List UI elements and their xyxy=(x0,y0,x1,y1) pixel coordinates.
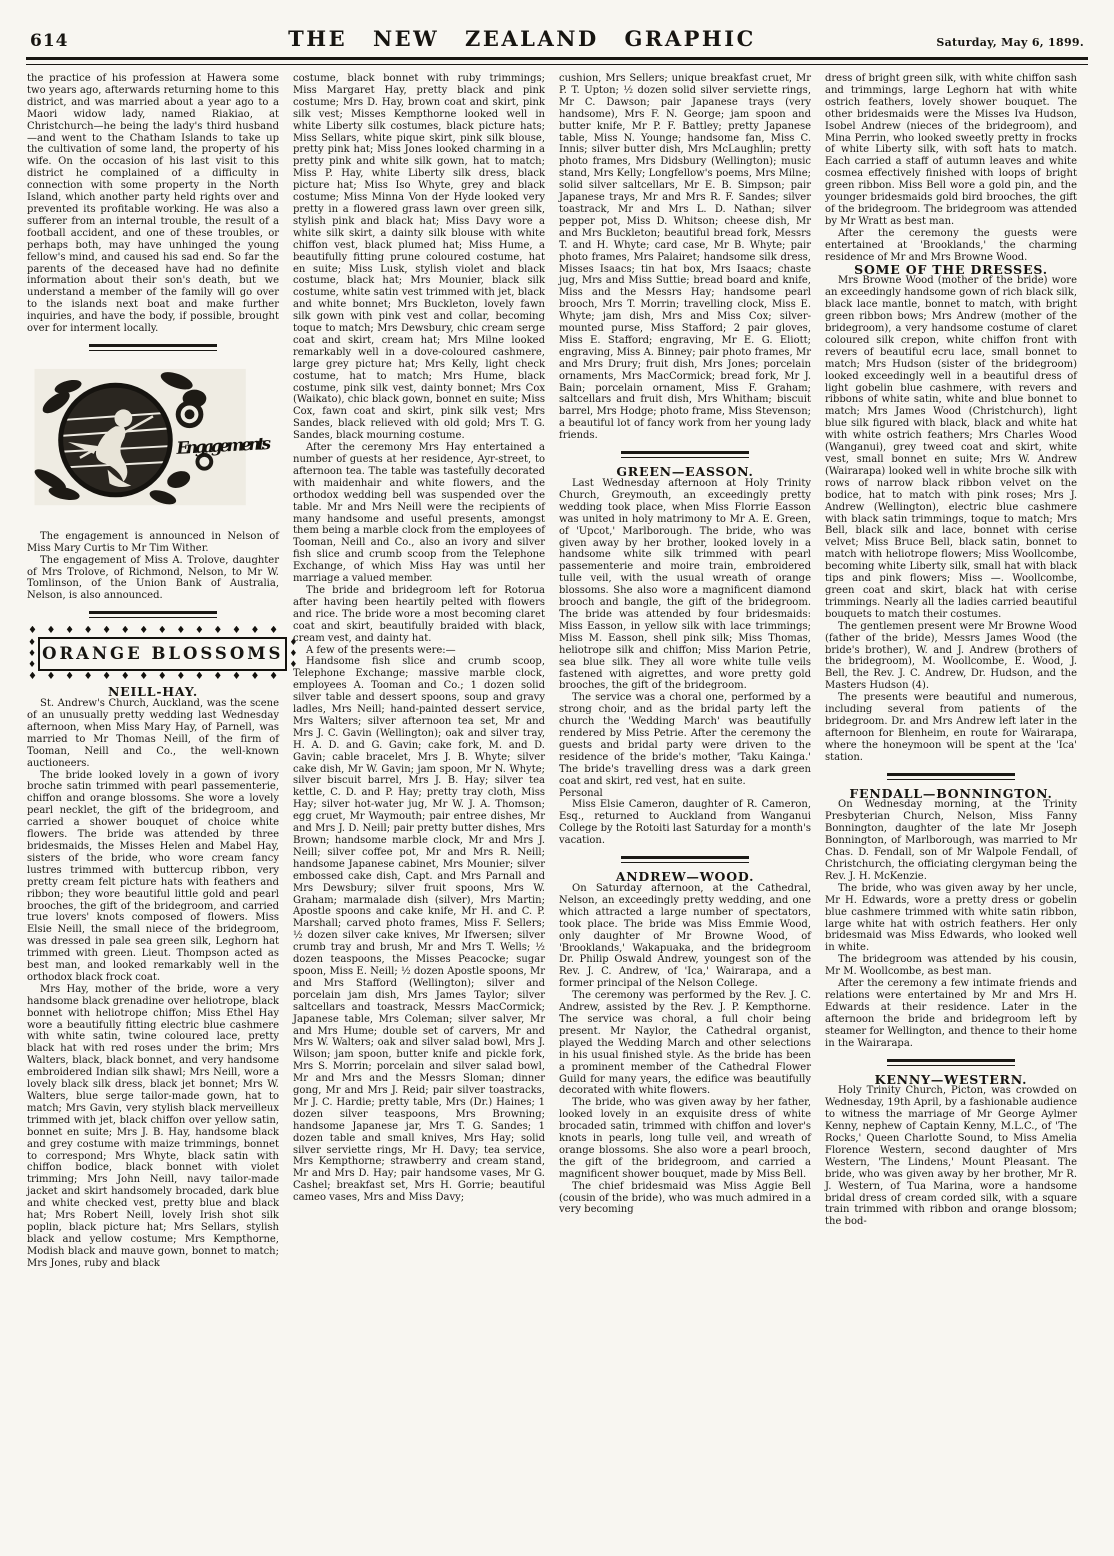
column-1: the practice of his profession at Hawera… xyxy=(27,73,279,1270)
article-paragraph: Handsome fish slice and crumb scoop, Tel… xyxy=(293,656,545,1204)
section-divider xyxy=(887,773,1015,780)
article-paragraph: Last Wednesday afternoon at Holy Trinity… xyxy=(559,478,811,692)
article-paragraph: The ceremony was performed by the Rev. J… xyxy=(559,990,811,1097)
article-paragraph: On Wednesday morning, at the Trinity Pre… xyxy=(825,799,1077,882)
article-paragraph: St. Andrew's Church, Auckland, was the s… xyxy=(27,698,279,769)
article-paragraph-continuation: dress of bright green silk, with white c… xyxy=(825,73,1077,228)
page-number: 614 xyxy=(30,31,150,51)
article-paragraph: Miss Elsie Cameron, daughter of R. Camer… xyxy=(559,799,811,847)
diamond-border-bottom xyxy=(28,672,278,682)
column-container: the practice of his profession at Hawera… xyxy=(0,65,1114,1270)
section-heading-neill-hay: NEILL-HAY. xyxy=(27,686,279,698)
masthead-title: THE NEW ZEALAND GRAPHIC xyxy=(150,26,894,51)
article-paragraph: The bride, who was given away by her fat… xyxy=(559,1097,811,1180)
column-4: dress of bright green silk, with white c… xyxy=(825,73,1077,1270)
section-heading-fendall-bonnington: FENDALL—BONNINGTON. xyxy=(825,788,1077,800)
article-paragraph: The bride and bridegroom left for Rotoru… xyxy=(293,585,545,645)
article-paragraph: The presents were beautiful and numerous… xyxy=(825,692,1077,763)
diamond-border-left xyxy=(28,636,36,672)
column-3: cushion, Mrs Sellers; unique breakfast c… xyxy=(559,73,811,1270)
banner-middle: ORANGE BLOSSOMS xyxy=(28,636,278,672)
engagement-announcement: The engagement of Miss A. Trolove, daugh… xyxy=(27,555,279,603)
section-divider xyxy=(89,611,217,618)
engagement-announcement: The engagement is announced in Nelson of… xyxy=(27,531,279,555)
section-heading-some-of-the-dresses: SOME OF THE DRESSES. xyxy=(825,264,1077,276)
orange-blossoms-banner: ORANGE BLOSSOMS xyxy=(28,626,278,682)
engagements-script-label: Engagements xyxy=(175,433,272,458)
page-header: 614 THE NEW ZEALAND GRAPHIC Saturday, Ma… xyxy=(0,0,1114,57)
article-paragraph: The service was a choral one, performed … xyxy=(559,692,811,787)
article-paragraph: After the ceremony Mrs Hay entertained a… xyxy=(293,442,545,585)
article-paragraph: The chief bridesmaid was Miss Aggie Bell… xyxy=(559,1181,811,1217)
article-paragraph: A few of the presents were:— xyxy=(293,645,545,657)
banner-title: ORANGE BLOSSOMS xyxy=(42,648,283,660)
column-2: costume, black bonnet with ruby trimming… xyxy=(293,73,545,1270)
article-paragraph: Mrs Browne Wood (mother of the bride) wo… xyxy=(825,275,1077,620)
article-paragraph: The gentlemen present were Mr Browne Woo… xyxy=(825,621,1077,692)
article-paragraph: Mrs Hay, mother of the bride, wore a ver… xyxy=(27,984,279,1270)
personal-subheading: Personal xyxy=(559,788,811,800)
article-paragraph: The bride, who was given away by her unc… xyxy=(825,883,1077,954)
article-paragraph: Holy Trinity Church, Picton, was crowded… xyxy=(825,1085,1077,1228)
article-paragraph: On Saturday afternoon, at the Cathedral,… xyxy=(559,883,811,990)
header-rule xyxy=(26,57,1088,65)
article-paragraph: After the ceremony a few intimate friend… xyxy=(825,978,1077,1049)
article-paragraph: After the ceremony the guests were enter… xyxy=(825,228,1077,264)
section-heading-green-easson: GREEN—EASSON. xyxy=(559,466,811,478)
article-paragraph-continuation: cushion, Mrs Sellers; unique breakfast c… xyxy=(559,73,811,442)
section-divider xyxy=(89,344,217,351)
obituary-continuation-paragraph: the practice of his profession at Hawera… xyxy=(27,73,279,335)
article-paragraph: The bridegroom was attended by his cousi… xyxy=(825,954,1077,978)
section-divider xyxy=(621,856,749,863)
section-heading-andrew-wood: ANDREW—WOOD. xyxy=(559,871,811,883)
issue-date: Saturday, May 6, 1899. xyxy=(894,36,1084,49)
banner-box: ORANGE BLOSSOMS xyxy=(38,637,287,671)
newspaper-page: 614 THE NEW ZEALAND GRAPHIC Saturday, Ma… xyxy=(0,0,1114,1556)
section-divider xyxy=(887,1059,1015,1066)
section-divider xyxy=(621,451,749,458)
article-paragraph: The bride looked lovely in a gown of ivo… xyxy=(27,770,279,984)
diamond-border-top xyxy=(28,626,278,636)
engagements-illustration: Engagements xyxy=(27,363,279,521)
article-paragraph-continuation: costume, black bonnet with ruby trimming… xyxy=(293,73,545,442)
section-heading-kenny-western: KENNY—WESTERN. xyxy=(825,1074,1077,1086)
